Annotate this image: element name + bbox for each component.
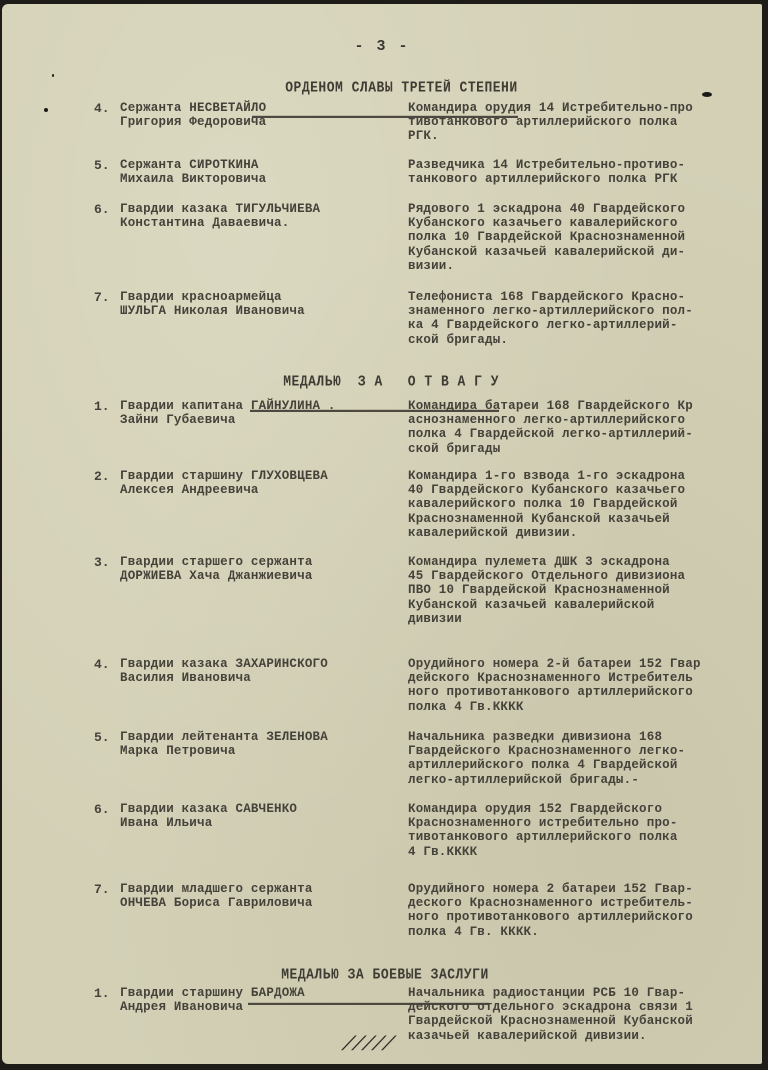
document-page: - 3 - ОРДЕНОМ СЛАВЫ ТРЕТЕЙ СТЕПЕНИ 4. Се… (2, 4, 762, 1064)
recipient-name: Сержанта НЕСВЕТАЙЛО Григория Федоровича (120, 101, 390, 129)
entry-number: 2. (94, 469, 110, 484)
unit-description: Командира 1-го взвода 1-го эскадрона 40 … (408, 469, 762, 540)
ink-speck (702, 92, 712, 97)
page-number: - 3 - (2, 38, 762, 55)
unit-description: Командира пулемета ДШК 3 эскадрона 45 Гв… (408, 555, 762, 626)
unit-description: Рядового 1 эскадрона 40 Гвардейского Куб… (408, 202, 762, 273)
entry-number: 7. (94, 290, 110, 305)
entry-number: 7. (94, 882, 110, 897)
recipient-name: Гвардии старшину ГЛУХОВЦЕВА Алексея Андр… (120, 469, 390, 497)
recipient-name: Гвардии лейтенанта ЗЕЛЕНОВА Марка Петров… (120, 730, 390, 758)
recipient-name: Гвардии старшину БАРДОЖА Андрея Иванович… (120, 986, 390, 1014)
unit-description: Начальника разведки дивизиона 168 Гварде… (408, 730, 762, 787)
entry-number: 1. (94, 986, 110, 1001)
unit-description: Орудийного номера 2 батареи 152 Гвар- де… (408, 882, 762, 939)
unit-description: Командира батареи 168 Гвардейского Кр ас… (408, 399, 762, 456)
recipient-name: Гвардии казака ТИГУЛЬЧИЕВА Константина Д… (120, 202, 390, 230)
entry-number: 6. (94, 802, 110, 817)
section-title-text: ОРДЕНОМ СЛАВЫ ТРЕТЕЙ СТЕПЕНИ (285, 80, 517, 97)
recipient-name: Гвардии казака САВЧЕНКО Ивана Ильича (120, 802, 390, 830)
entry-number: 6. (94, 202, 110, 217)
section-title-text: МЕДАЛЬЮ ЗА БОЕВЫЕ ЗАСЛУГИ (281, 967, 489, 984)
recipient-name: Гвардии красноармейца ШУЛЬГА Николая Ива… (120, 290, 390, 318)
section-title-text: МЕДАЛЬЮ З А О Т В А Г У (283, 374, 499, 391)
unit-description: Командира орудия 152 Гвардейского Красно… (408, 802, 762, 859)
unit-description: Командира орудия 14 Истребительно-про ти… (408, 101, 762, 144)
recipient-name: Гвардии младшего сержанта ОНЧЕВА Бориса … (120, 882, 390, 910)
entry-number: 4. (94, 101, 110, 116)
unit-description: Орудийного номера 2-й батареи 152 Гвар д… (408, 657, 762, 714)
unit-description: Телефониста 168 Гвардейского Красно- зна… (408, 290, 762, 347)
end-mark: ///// (340, 1034, 395, 1057)
ink-speck (52, 74, 54, 77)
recipient-name: Гвардии старшего сержанта ДОРЖИЕВА Хача … (120, 555, 390, 583)
entry-number: 1. (94, 399, 110, 414)
recipient-name: Гвардии казака ЗАХАРИНСКОГО Василия Иван… (120, 657, 390, 685)
unit-description: Начальника радиостанции РСБ 10 Гвар- дей… (408, 986, 762, 1043)
entry-number: 5. (94, 730, 110, 745)
recipient-name: Гвардии капитана ГАЙНУЛИНА . Зайни Губае… (120, 399, 390, 427)
entry-number: 5. (94, 158, 110, 173)
entry-number: 4. (94, 657, 110, 672)
recipient-name: Сержанта СИРОТКИНА Михаила Викторовича (120, 158, 390, 186)
ink-speck (44, 108, 48, 112)
unit-description: Разведчика 14 Истребительно-противо- тан… (408, 158, 762, 186)
entry-number: 3. (94, 555, 110, 570)
